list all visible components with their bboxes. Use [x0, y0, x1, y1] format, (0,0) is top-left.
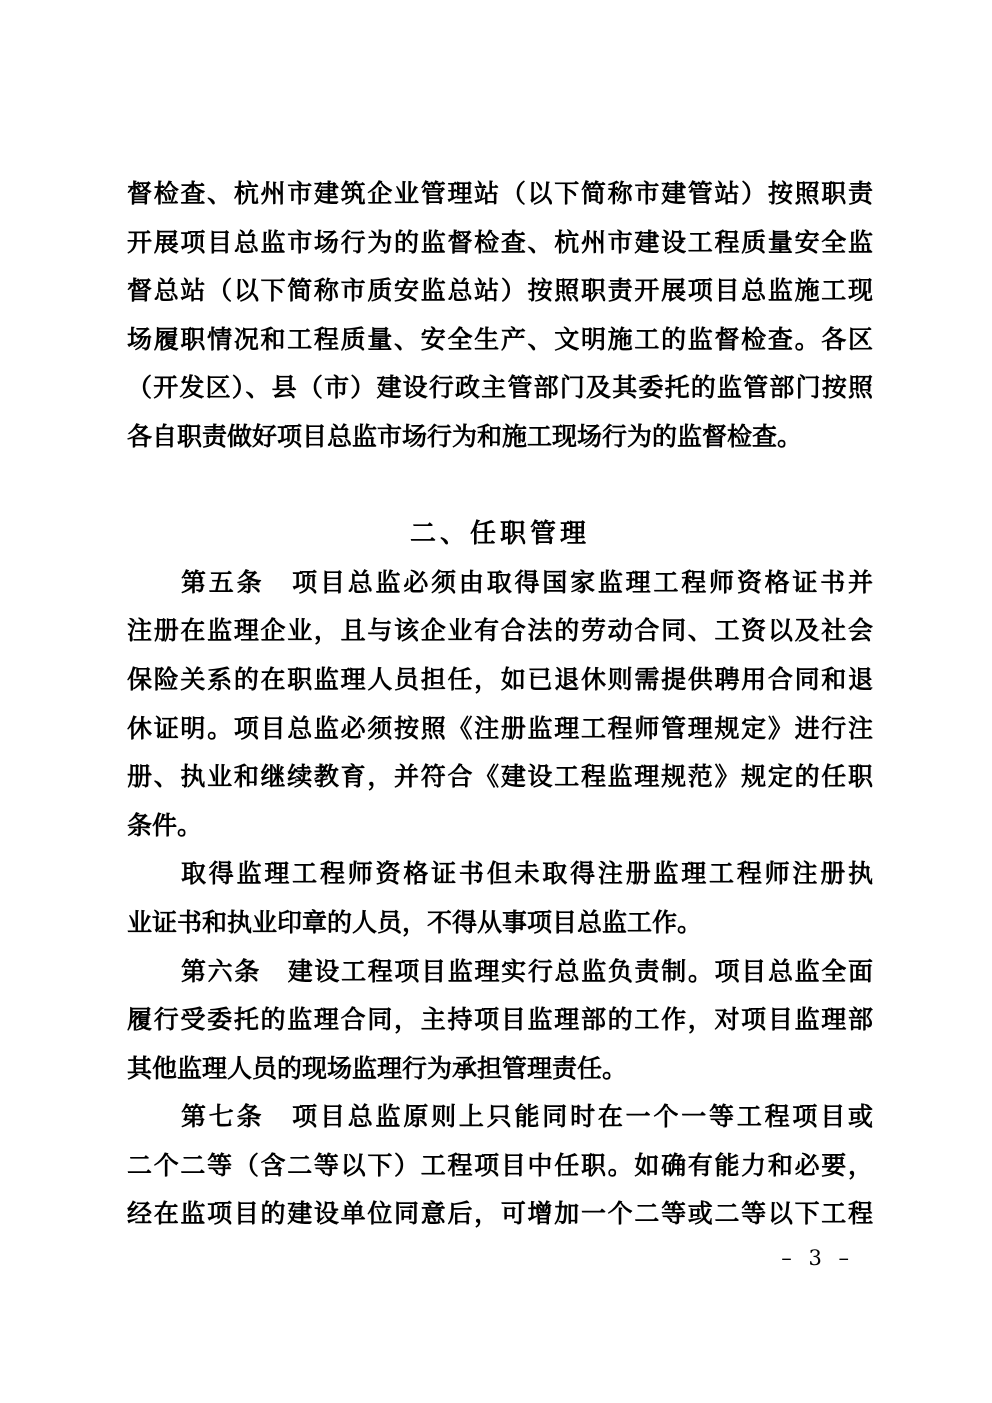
text-line: 二个二等（含二等以下）工程项目中任职。如确有能力和必要，: [127, 1142, 873, 1191]
text-line: 督检查、杭州市建筑企业管理站（以下简称市建管站）按照职责: [127, 170, 873, 219]
document-page: 督检查、杭州市建筑企业管理站（以下简称市建管站）按照职责开展项目总监市场行为的监…: [0, 0, 992, 1403]
text-line: 休证明。项目总监必须按照《注册监理工程师管理规定》进行注: [127, 705, 873, 754]
text-line: 保险关系的在职监理人员担任，如已退休则需提供聘用合同和退: [127, 656, 873, 705]
text-line: （开发区）、县（市）建设行政主管部门及其委托的监管部门按照: [127, 364, 873, 413]
text-line: 第七条 项目总监原则上只能同时在一个一等工程项目或: [127, 1093, 873, 1142]
text-line: 经在监项目的建设单位同意后，可增加一个二等或二等以下工程: [127, 1190, 873, 1239]
text-line: 册、执业和继续教育，并符合《建设工程监理规范》规定的任职: [127, 753, 873, 802]
text-line: 注册在监理企业，且与该企业有合法的劳动合同、工资以及社会: [127, 607, 873, 656]
text-line: 督总站（以下简称市质安监总站）按照职责开展项目总监施工现: [127, 267, 873, 316]
section-heading: 二、任职管理: [127, 510, 873, 559]
text-line: 第五条 项目总监必须由取得国家监理工程师资格证书并: [127, 559, 873, 608]
text-line: 其他监理人员的现场监理行为承担管理责任。: [127, 1045, 873, 1094]
document-body: 督检查、杭州市建筑企业管理站（以下简称市建管站）按照职责开展项目总监市场行为的监…: [127, 170, 873, 1239]
text-line: 各自职责做好项目总监市场行为和施工现场行为的监督检查。: [127, 413, 873, 462]
text-line: 履行受委托的监理合同，主持项目监理部的工作，对项目监理部: [127, 996, 873, 1045]
text-line: 业证书和执业印章的人员，不得从事项目总监工作。: [127, 899, 873, 948]
spacer: [127, 462, 873, 511]
text-line: 取得监理工程师资格证书但未取得注册监理工程师注册执: [127, 850, 873, 899]
text-line: 条件。: [127, 802, 873, 851]
text-line: 第六条 建设工程项目监理实行总监负责制。项目总监全面: [127, 948, 873, 997]
text-line: 场履职情况和工程质量、安全生产、文明施工的监督检查。各区: [127, 316, 873, 365]
page-number: – 3 –: [781, 1246, 854, 1270]
text-line: 开展项目总监市场行为的监督检查、杭州市建设工程质量安全监: [127, 219, 873, 268]
